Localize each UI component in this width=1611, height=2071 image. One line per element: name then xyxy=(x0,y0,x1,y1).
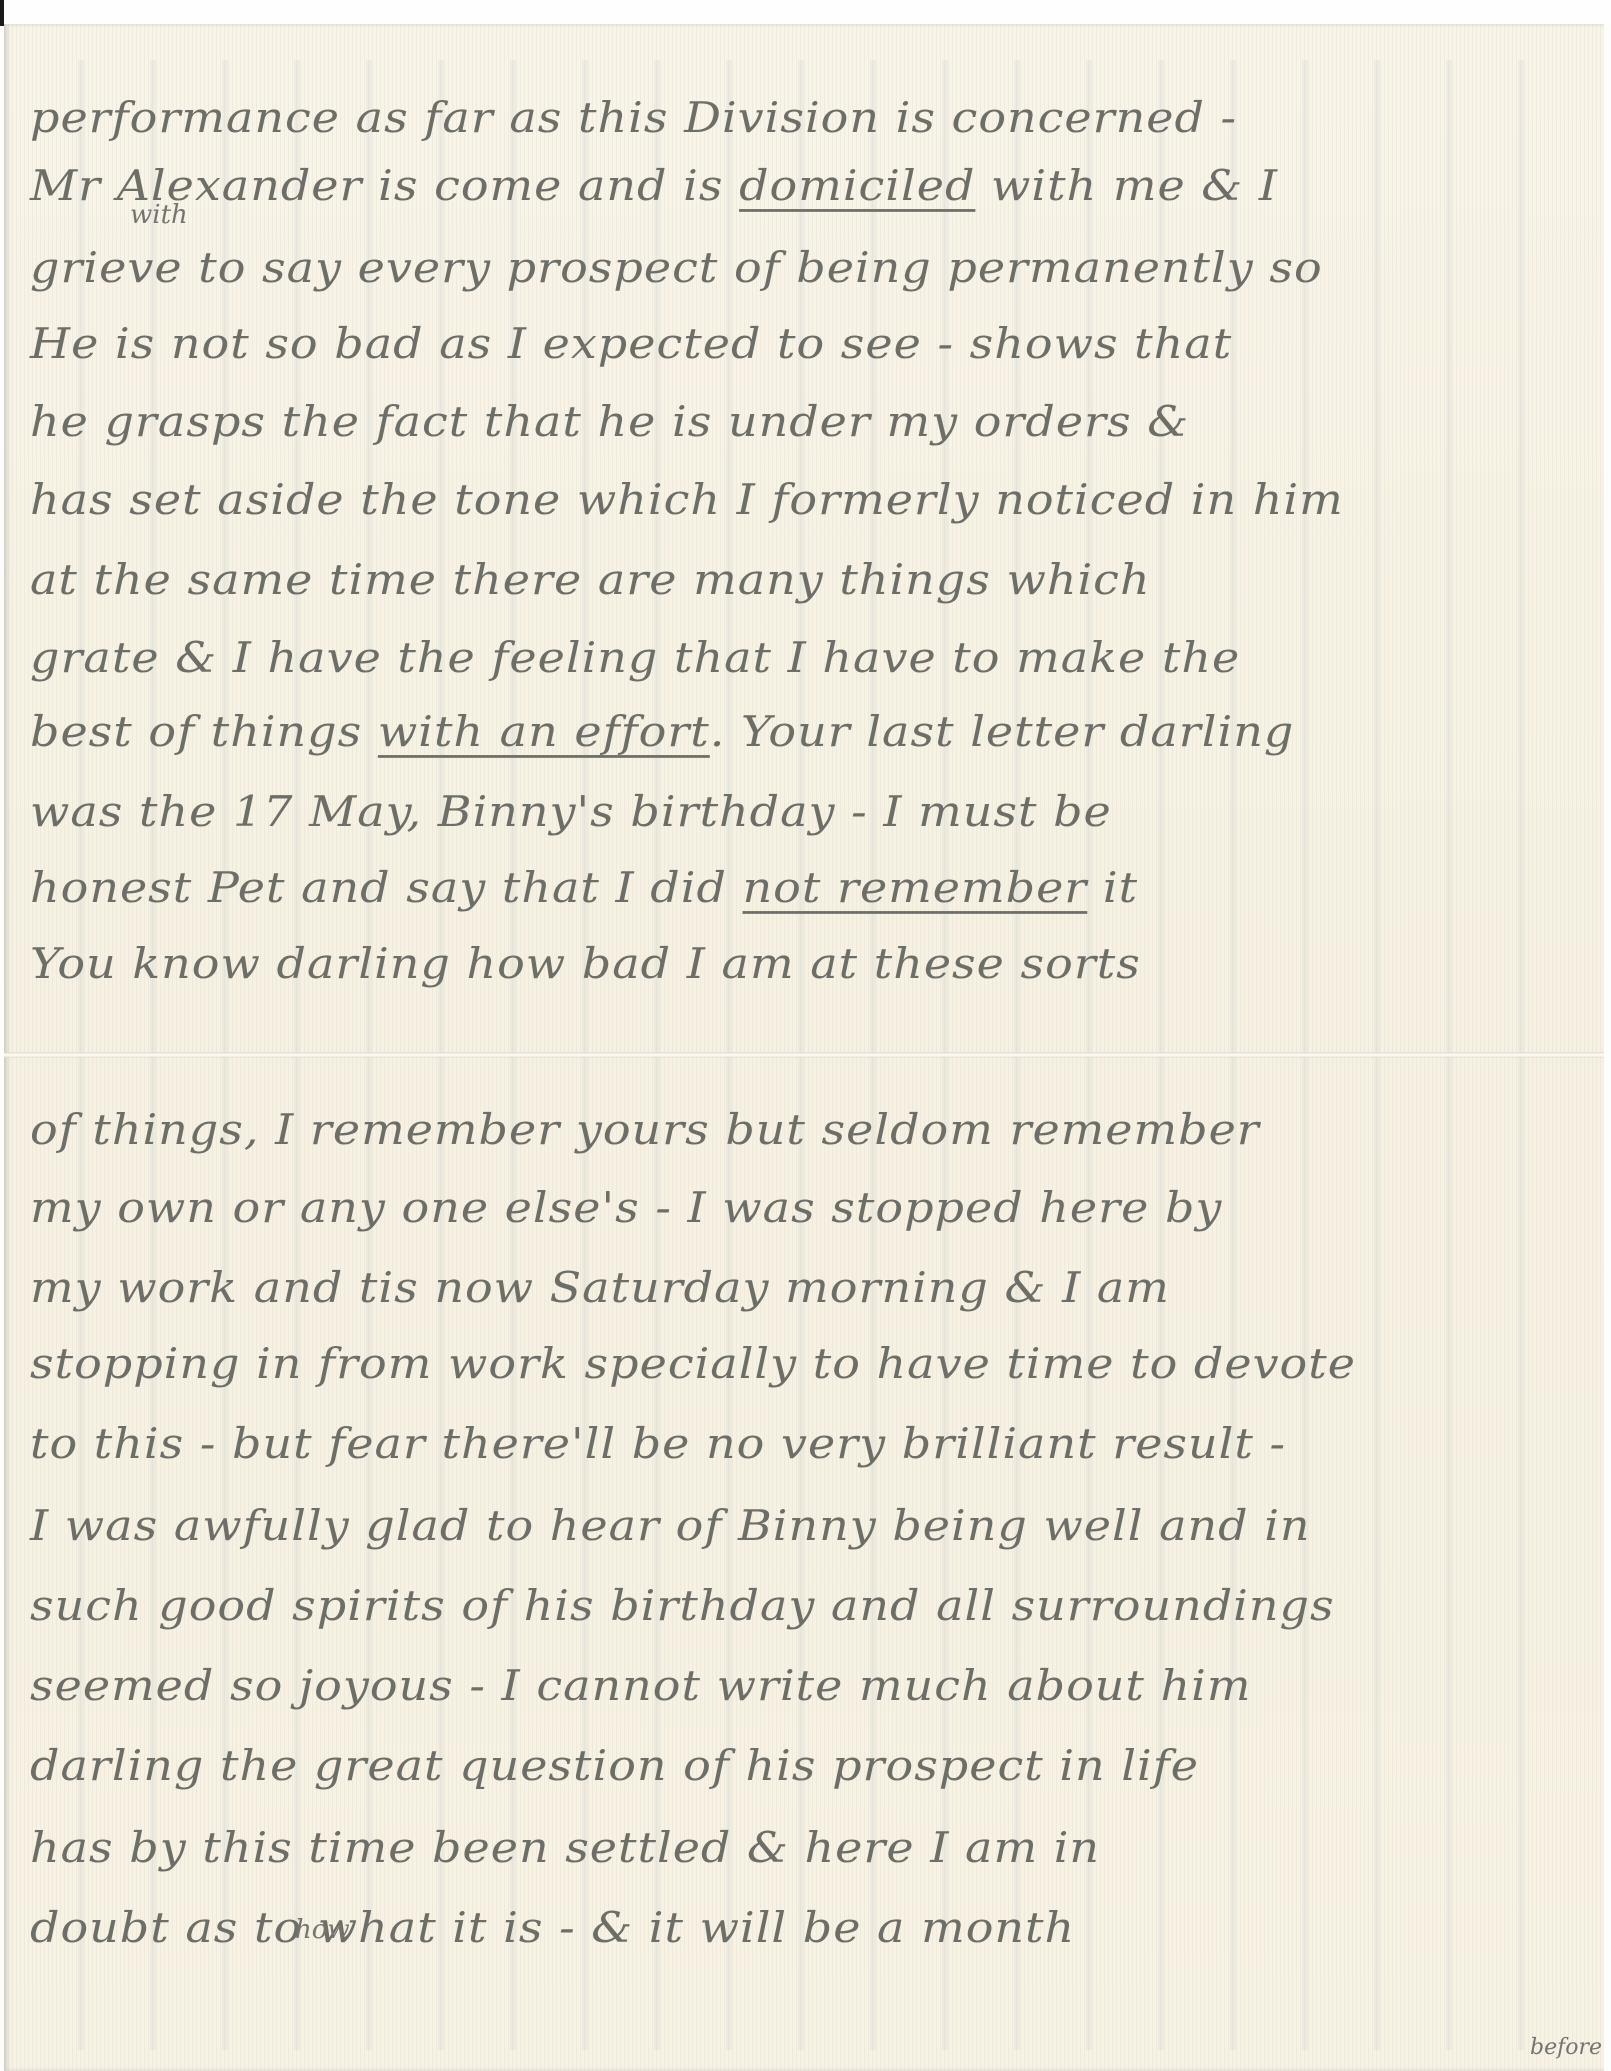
margin-catchword: before xyxy=(1530,2035,1602,2060)
underlined-text: with an effort xyxy=(378,706,710,756)
letter-line: was the 17 May, Binny's birthday - I mus… xyxy=(30,786,1112,836)
scanned-page: performance as far as this Division is c… xyxy=(0,0,1611,2071)
underlined-text: not remember xyxy=(743,862,1088,912)
interlinear-insertion: how xyxy=(295,1915,350,1945)
letter-line: of things, I remember yours but seldom r… xyxy=(30,1104,1260,1154)
line-text: with me & I xyxy=(975,160,1278,210)
letter-line: stopping in from work specially to have … xyxy=(30,1338,1356,1388)
line-text: honest Pet and say that I did xyxy=(30,862,743,912)
line-text: . Your last letter darling xyxy=(710,706,1295,756)
letter-line: He is not so bad as I expected to see - … xyxy=(30,318,1232,368)
scan-top-margin xyxy=(0,0,1611,24)
letter-line: doubt as to what it is - & it will be a … xyxy=(30,1902,1075,1952)
letter-line: darling the great question of his prospe… xyxy=(30,1740,1199,1790)
letter-line: best of things with an effort. Your last… xyxy=(30,706,1294,756)
letter-line: Mr Alexander is come and is domiciled wi… xyxy=(30,160,1278,210)
letter-line: at the same time there are many things w… xyxy=(30,554,1151,604)
letter-line: You know darling how bad I am at these s… xyxy=(30,938,1141,988)
line-text: best of things xyxy=(30,706,378,756)
letter-line: grieve to say every prospect of being pe… xyxy=(30,242,1323,292)
letter-line: to this - but fear there'll be no very b… xyxy=(30,1418,1286,1468)
letter-line: has by this time been settled & here I a… xyxy=(30,1822,1100,1872)
fold-crease xyxy=(4,1052,1604,1058)
letter-line: my own or any one else's - I was stopped… xyxy=(30,1182,1222,1232)
letter-line: my work and tis now Saturday morning & I… xyxy=(30,1262,1170,1312)
letter-line: he grasps the fact that he is under my o… xyxy=(30,396,1189,446)
letter-line: performance as far as this Division is c… xyxy=(30,92,1237,142)
letter-line: grate & I have the feeling that I have t… xyxy=(30,632,1240,682)
letter-line: has set aside the tone which I formerly … xyxy=(30,474,1344,524)
letter-line: I was awfully glad to hear of Binny bein… xyxy=(30,1500,1311,1550)
letter-line: seemed so joyous - I cannot write much a… xyxy=(30,1660,1252,1710)
letter-line: honest Pet and say that I did not rememb… xyxy=(30,862,1138,912)
scan-edge-mark xyxy=(0,0,4,26)
underlined-text: domiciled xyxy=(739,160,975,210)
interlinear-insertion: with xyxy=(130,200,188,230)
line-text: it xyxy=(1087,862,1138,912)
letter-line: such good spirits of his birthday and al… xyxy=(30,1580,1335,1630)
